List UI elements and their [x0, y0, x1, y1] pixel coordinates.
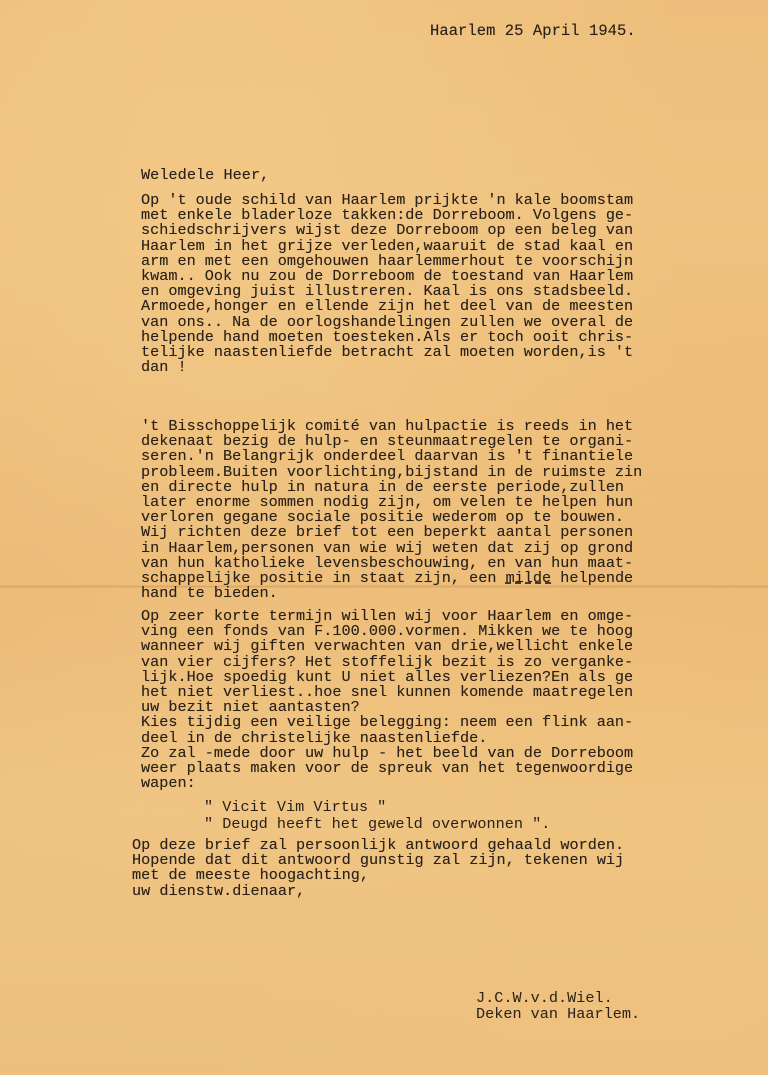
signature-block: J.C.W.v.d.Wiel. Deken van Haarlem. — [476, 991, 640, 1022]
motto-latin: " Vicit Vim Virtus " — [204, 800, 386, 815]
letter-date: Haarlem 25 April 1945. — [430, 24, 636, 39]
letter-page: Haarlem 25 April 1945. Weledele Heer, Op… — [0, 0, 768, 1075]
text-line: hand te bieden. — [141, 586, 642, 601]
closing: Op deze brief zal persoonlijk antwoord g… — [132, 838, 624, 899]
salutation: Weledele Heer, — [141, 168, 269, 183]
text-line: telijke naastenliefde betracht zal moete… — [141, 345, 633, 360]
motto-dutch: " Deugd heeft het geweld overwonnen ". — [204, 817, 550, 832]
text-line: wapen: — [141, 776, 633, 791]
motto-latin-text: " Vicit Vim Virtus " — [204, 800, 386, 815]
paragraph-1: Op 't oude schild van Haarlem prijkte 'n… — [141, 193, 633, 375]
text-line: weer plaats maken voor de spreuk van het… — [141, 761, 633, 776]
text-line: dan ! — [141, 360, 633, 375]
underlined-word: milde — [506, 569, 552, 587]
signature-title: Deken van Haarlem. — [476, 1007, 640, 1023]
paragraph-2: 't Bisschoppelijk comité van hulpactie i… — [141, 419, 642, 601]
text-line: uw dienstw.dienaar, — [132, 884, 624, 899]
paragraph-3: Op zeer korte termijn willen wij voor Ha… — [141, 609, 633, 791]
motto-dutch-text: " Deugd heeft het geweld overwonnen ". — [204, 817, 550, 832]
